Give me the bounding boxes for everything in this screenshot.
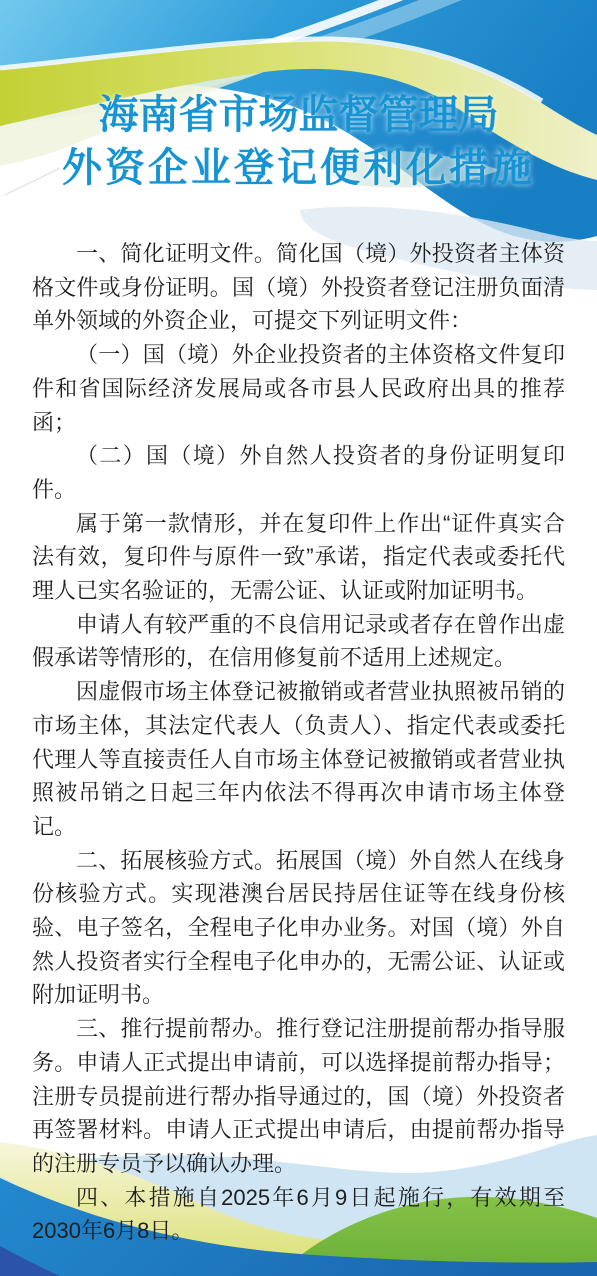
- paragraph-3: （二）国（境）外自然人投资者的身份证明复印件。: [32, 439, 565, 506]
- measures-text: 一、简化证明文件。简化国（境）外投资者主体资格文件或身份证明。国（境）外投资者登…: [32, 237, 565, 1248]
- paragraph-6: 因虚假市场主体登记被撤销或者营业执照被吊销的市场主体，其法定代表人（负责人）、指…: [32, 675, 565, 844]
- poster-title: 海南省市场监督管理局 外资企业登记便利化措施: [0, 88, 597, 194]
- paragraph-8: 三、推行提前帮办。推行登记注册提前帮办指导服务。申请人正式提出申请前，可以选择提…: [32, 1012, 565, 1181]
- paragraph-1: 一、简化证明文件。简化国（境）外投资者主体资格文件或身份证明。国（境）外投资者登…: [32, 237, 565, 338]
- paragraph-4: 属于第一款情形，并在复印件上作出“证件真实合法有效，复印件与原件一致”承诺，指定…: [32, 507, 565, 608]
- paragraph-5: 申请人有较严重的不良信用记录或者存在曾作出虚假承诺等情形的，在信用修复前不适用上…: [32, 608, 565, 675]
- paragraph-7: 二、拓展核验方式。拓展国（境）外自然人在线身份核验方式。实现港澳台居民持居住证等…: [32, 844, 565, 1013]
- poster-title-line-2: 外资企业登记便利化措施: [0, 141, 597, 194]
- poster-page: 海南省市场监督管理局 外资企业登记便利化措施 一、简化证明文件。简化国（境）外投…: [0, 0, 597, 1276]
- paragraph-2: （一）国（境）外企业投资者的主体资格文件复印件和省国际经济发展局或各市县人民政府…: [32, 338, 565, 439]
- paragraph-9: 四、本措施自2025年6月9日起施行，有效期至2030年6月8日。: [32, 1181, 565, 1248]
- poster-title-line-1: 海南省市场监督管理局: [0, 88, 597, 141]
